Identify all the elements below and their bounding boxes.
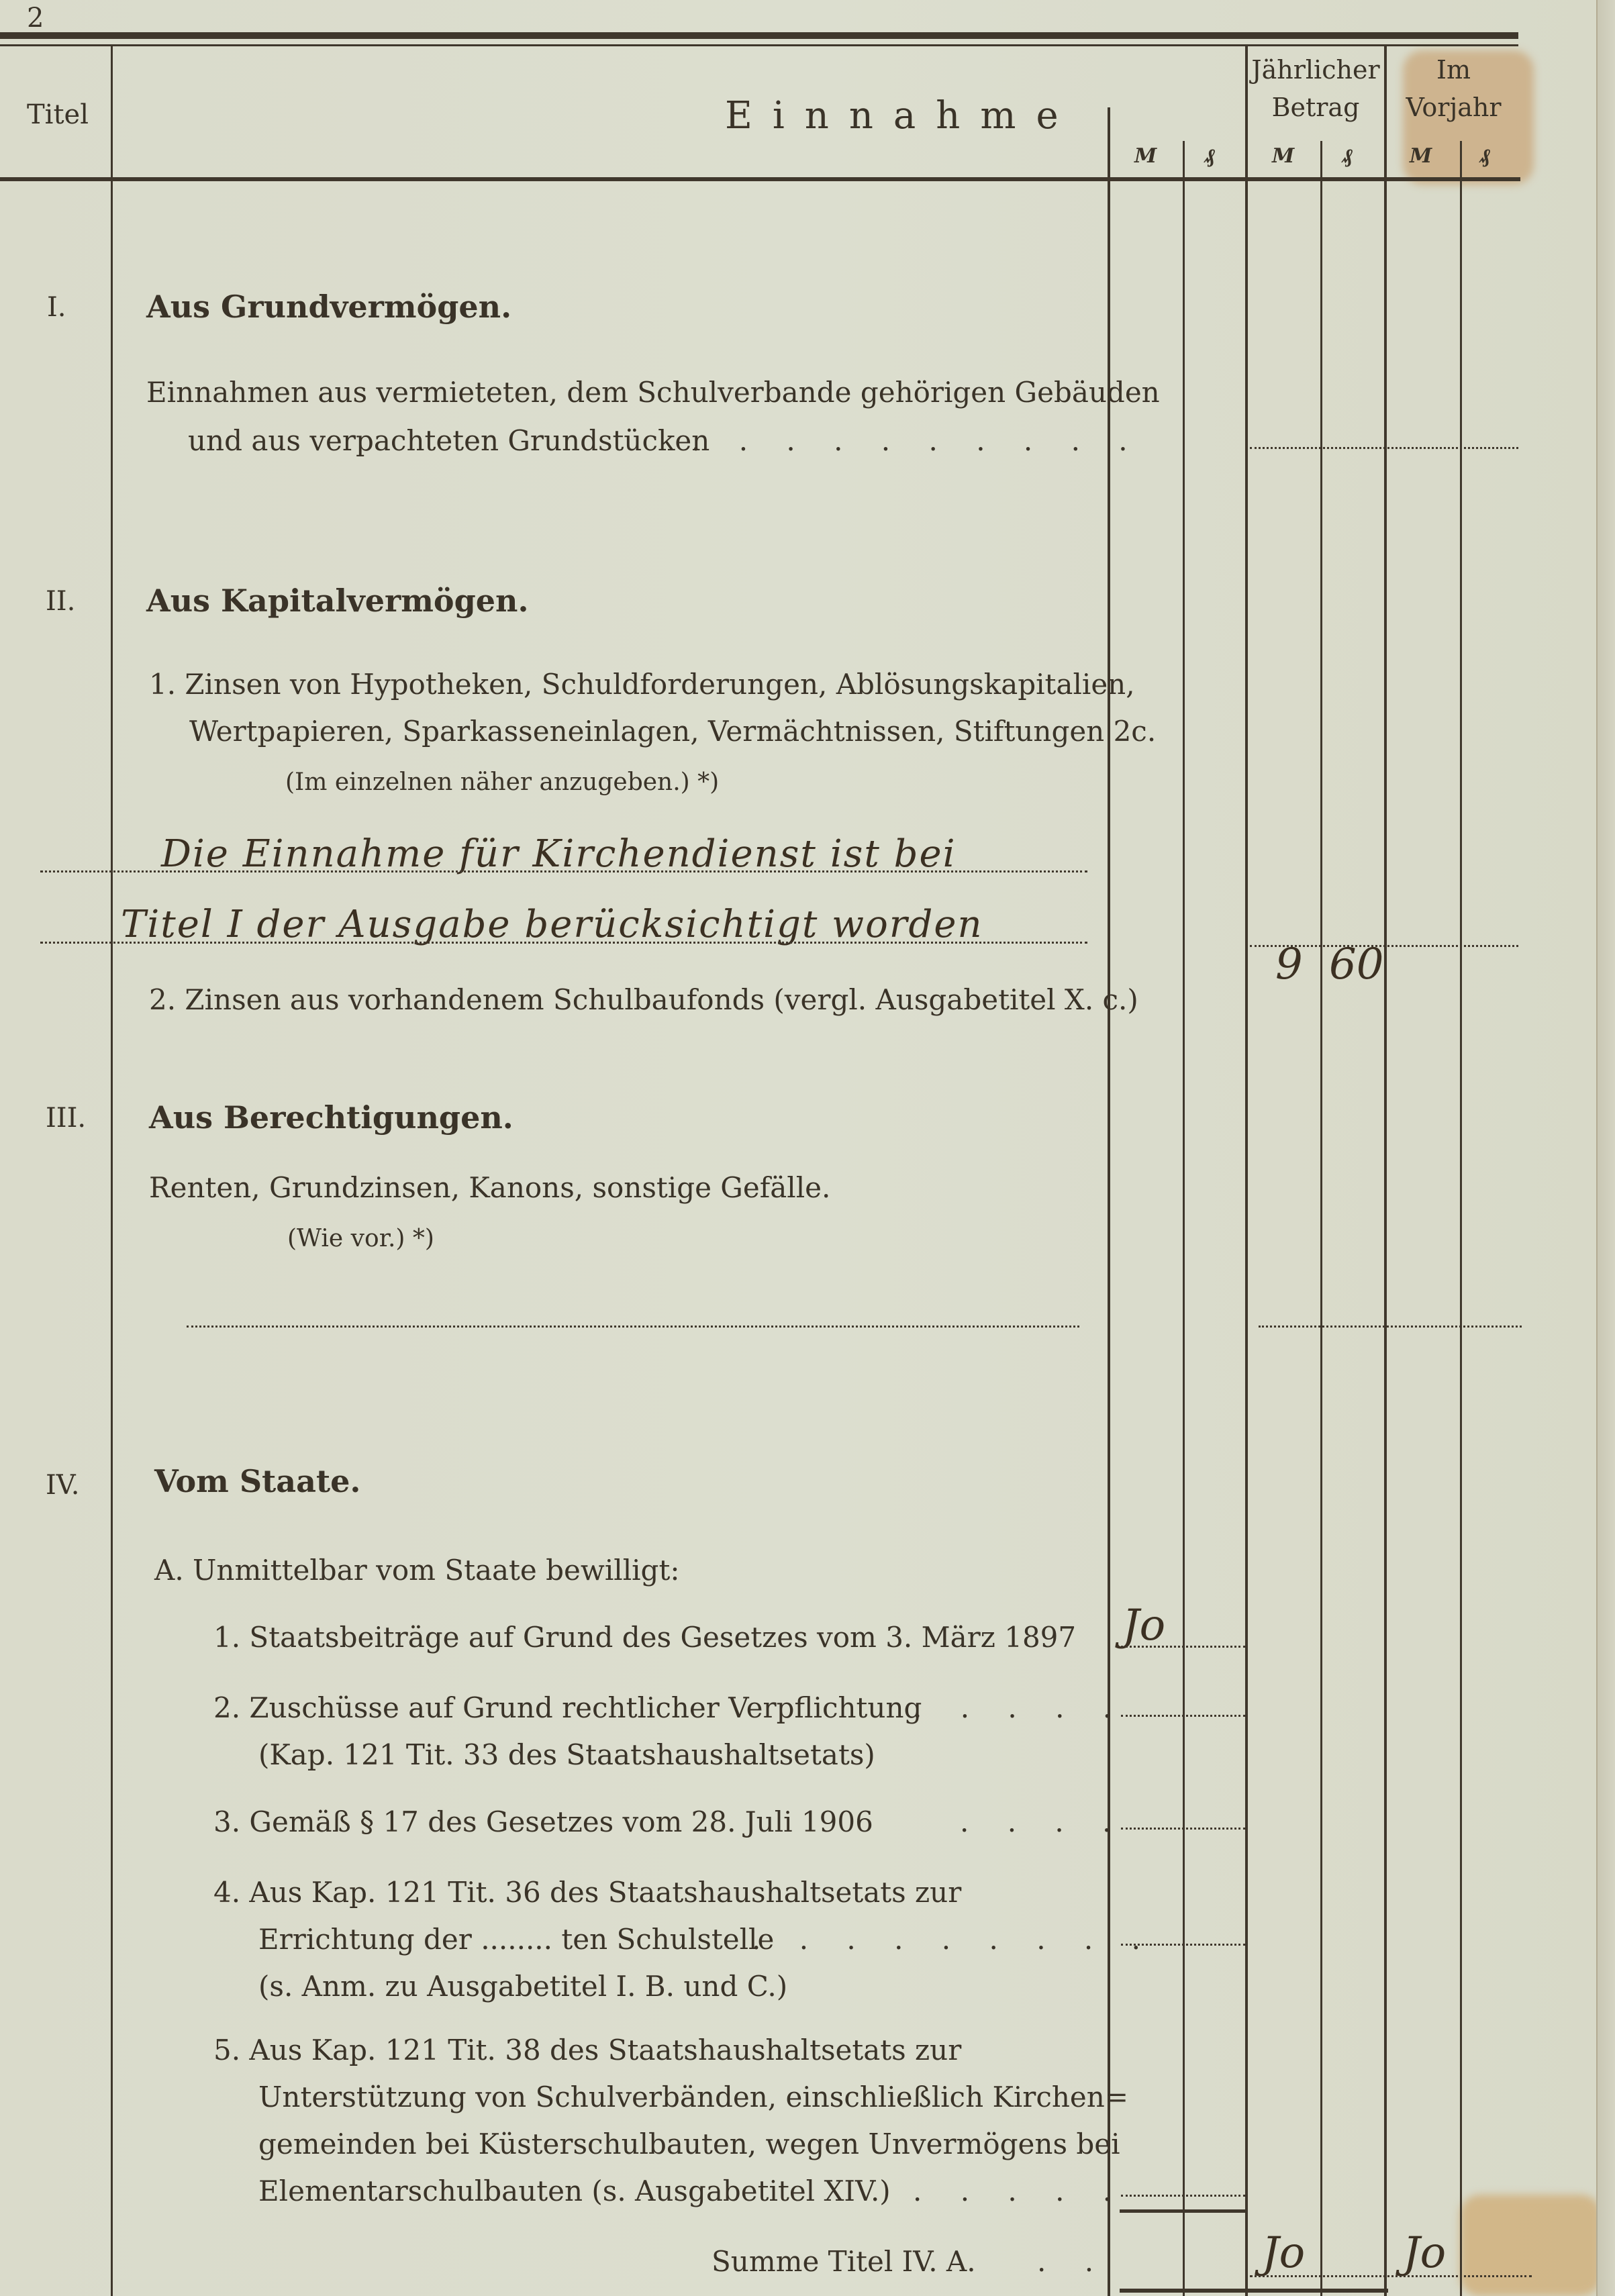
section-i-line-2: und aus verpachteten Grundstücken [188, 424, 709, 457]
section-iv-item5-amount-line [1121, 2195, 1245, 2197]
section-iii-blank-line [187, 1326, 1079, 1328]
section-iii-amount-line [1259, 1326, 1522, 1328]
section-iii-line-1: Renten, Grundzinsen, Kanons, sonstige Ge… [149, 1171, 830, 1204]
paper-stain-bottom [1460, 2195, 1601, 2296]
section-iv-item5-line-2: Unterstützung von Schulverbänden, einsch… [258, 2081, 1128, 2113]
titel-col-divider [111, 46, 113, 2296]
header-mark-2: M [1272, 144, 1294, 168]
section-iv-item5-line-3: gemeinden bei Küsterschulbauten, wegen U… [258, 2128, 1120, 2160]
sum-bottom-rule [1120, 2289, 1388, 2293]
handwritten-note-line-2: Titel I der Ausgabe berücksichtigt worde… [121, 903, 983, 946]
section-iv-item3-amount-line [1121, 1828, 1245, 1830]
sum-label: Summe Titel IV. A. [712, 2245, 976, 2278]
section-ii-roman: II. [46, 586, 75, 617]
header-bottom-rule [0, 177, 1520, 181]
form-page: 2 Titel Einnahme Jährlicher Betrag Im Vo… [0, 0, 1615, 2296]
section-iv-item4-leader: . . . . . . . . . [752, 1923, 1155, 1956]
page-edge [1596, 0, 1615, 2296]
header-jaehrlicher-betrag: Jährlicher Betrag [1249, 51, 1383, 126]
section-ii-amount-pfennig: 60 [1329, 940, 1383, 989]
header-pfennig-2: ₰ [1342, 144, 1353, 168]
section-iv-item2-line-2: (Kap. 121 Tit. 33 des Staatshaushaltseta… [258, 1738, 875, 1771]
sum-vorjahr-mark: Jo [1403, 2228, 1446, 2278]
section-iv-item4-line-3: (s. Anm. zu Ausgabetitel I. B. und C.) [258, 1970, 787, 2003]
section-ii-title: Aus Kapitalvermögen. [146, 583, 528, 619]
vorjahr-col-divider [1384, 46, 1387, 2296]
section-ii-amount-mark: 9 [1275, 940, 1303, 989]
section-iv-item1-amount-line [1121, 1646, 1245, 1648]
header-einnahme: Einnahme [725, 94, 1079, 138]
section-ii-item1-line-1: 1. Zinsen von Hypotheken, Schuldforderun… [149, 668, 1135, 701]
sum-amount-line [1250, 2275, 1532, 2277]
section-iv-item5-line-1: 5. Aus Kap. 121 Tit. 38 des Staatshausha… [213, 2034, 961, 2066]
section-iii-roman: III. [46, 1103, 86, 1134]
section-iv-item5-leader: . . . . . [913, 2175, 1126, 2207]
section-i-leader: . . . . . . . . . . [691, 424, 1142, 457]
section-iv-item1-line-1: 1. Staatsbeiträge auf Grund des Gesetzes… [213, 1621, 1076, 1654]
header-im-vorjahr: Im Vorjahr [1388, 51, 1519, 126]
section-iv-item2-leader: . . . . . [913, 1691, 1126, 1724]
section-iv-subtitle: A. Unmittelbar vom Staate bewilligt: [154, 1554, 679, 1587]
header-mark-3: M [1410, 144, 1432, 168]
section-ii-item1-line-2: Wertpapieren, Sparkasseneinlagen, Vermäc… [189, 715, 1156, 748]
header-titel: Titel [27, 99, 89, 130]
section-iv-item2-amount-line [1121, 1715, 1245, 1717]
subtotal-rule [1120, 2209, 1247, 2213]
jaehrlich-col-divider [1245, 46, 1248, 2296]
section-iv-item2-line-1: 2. Zuschüsse auf Grund rechtlicher Verpf… [213, 1691, 922, 1724]
section-i-amount-line [1250, 447, 1518, 449]
section-iv-item4-amount-line [1121, 1944, 1245, 1946]
top-thin-rule [0, 44, 1518, 46]
header-pfennig-3: ₰ [1480, 144, 1490, 168]
header-mark-1: M [1134, 144, 1157, 168]
section-i-roman: I. [47, 292, 66, 323]
section-iv-item5-line-4: Elementarschulbauten (s. Ausgabetitel XI… [258, 2175, 891, 2207]
section-iv-item4-line-1: 4. Aus Kap. 121 Tit. 36 des Staatshausha… [213, 1876, 961, 1909]
mark-pf-divider-1 [1183, 141, 1185, 2296]
section-i-title: Aus Grundvermögen. [146, 289, 511, 325]
section-ii-item2: 2. Zinsen aus vorhandenem Schulbaufonds … [149, 983, 1138, 1016]
section-iv-item3-leader: . . . . [960, 1805, 1126, 1838]
section-iv-item1-mark: Jo [1122, 1601, 1165, 1650]
section-iv-item4-line-2: Errichtung der ........ ten Schulstelle [258, 1923, 774, 1956]
mark-pf-divider-3 [1460, 141, 1462, 2296]
section-iv-roman: IV. [46, 1470, 79, 1501]
page-number: 2 [27, 3, 44, 34]
handwritten-line-2-rule [40, 942, 1087, 944]
sum-jaehrlich-mark: Jo [1262, 2228, 1305, 2278]
mark-pf-divider-2 [1320, 141, 1322, 2296]
handwritten-line-1-rule [40, 870, 1087, 872]
sum-leader: . . [1037, 2245, 1108, 2278]
section-iv-item3-line-1: 3. Gemäß § 17 des Gesetzes vom 28. Juli … [213, 1805, 873, 1838]
section-iv-title: Vom Staate. [154, 1463, 360, 1499]
top-thick-rule [0, 32, 1518, 39]
header-pfennig-1: ₰ [1205, 144, 1215, 168]
section-iii-note: (Wie vor.) *) [287, 1225, 434, 1252]
section-iii-title: Aus Berechtigungen. [149, 1099, 513, 1136]
section-i-line-1: Einnahmen aus vermieteten, dem Schulverb… [146, 376, 1160, 409]
handwritten-note-line-1: Die Einnahme für Kirchendienst ist bei [161, 832, 957, 876]
section-ii-item1-note: (Im einzelnen näher anzugeben.) *) [285, 768, 719, 796]
